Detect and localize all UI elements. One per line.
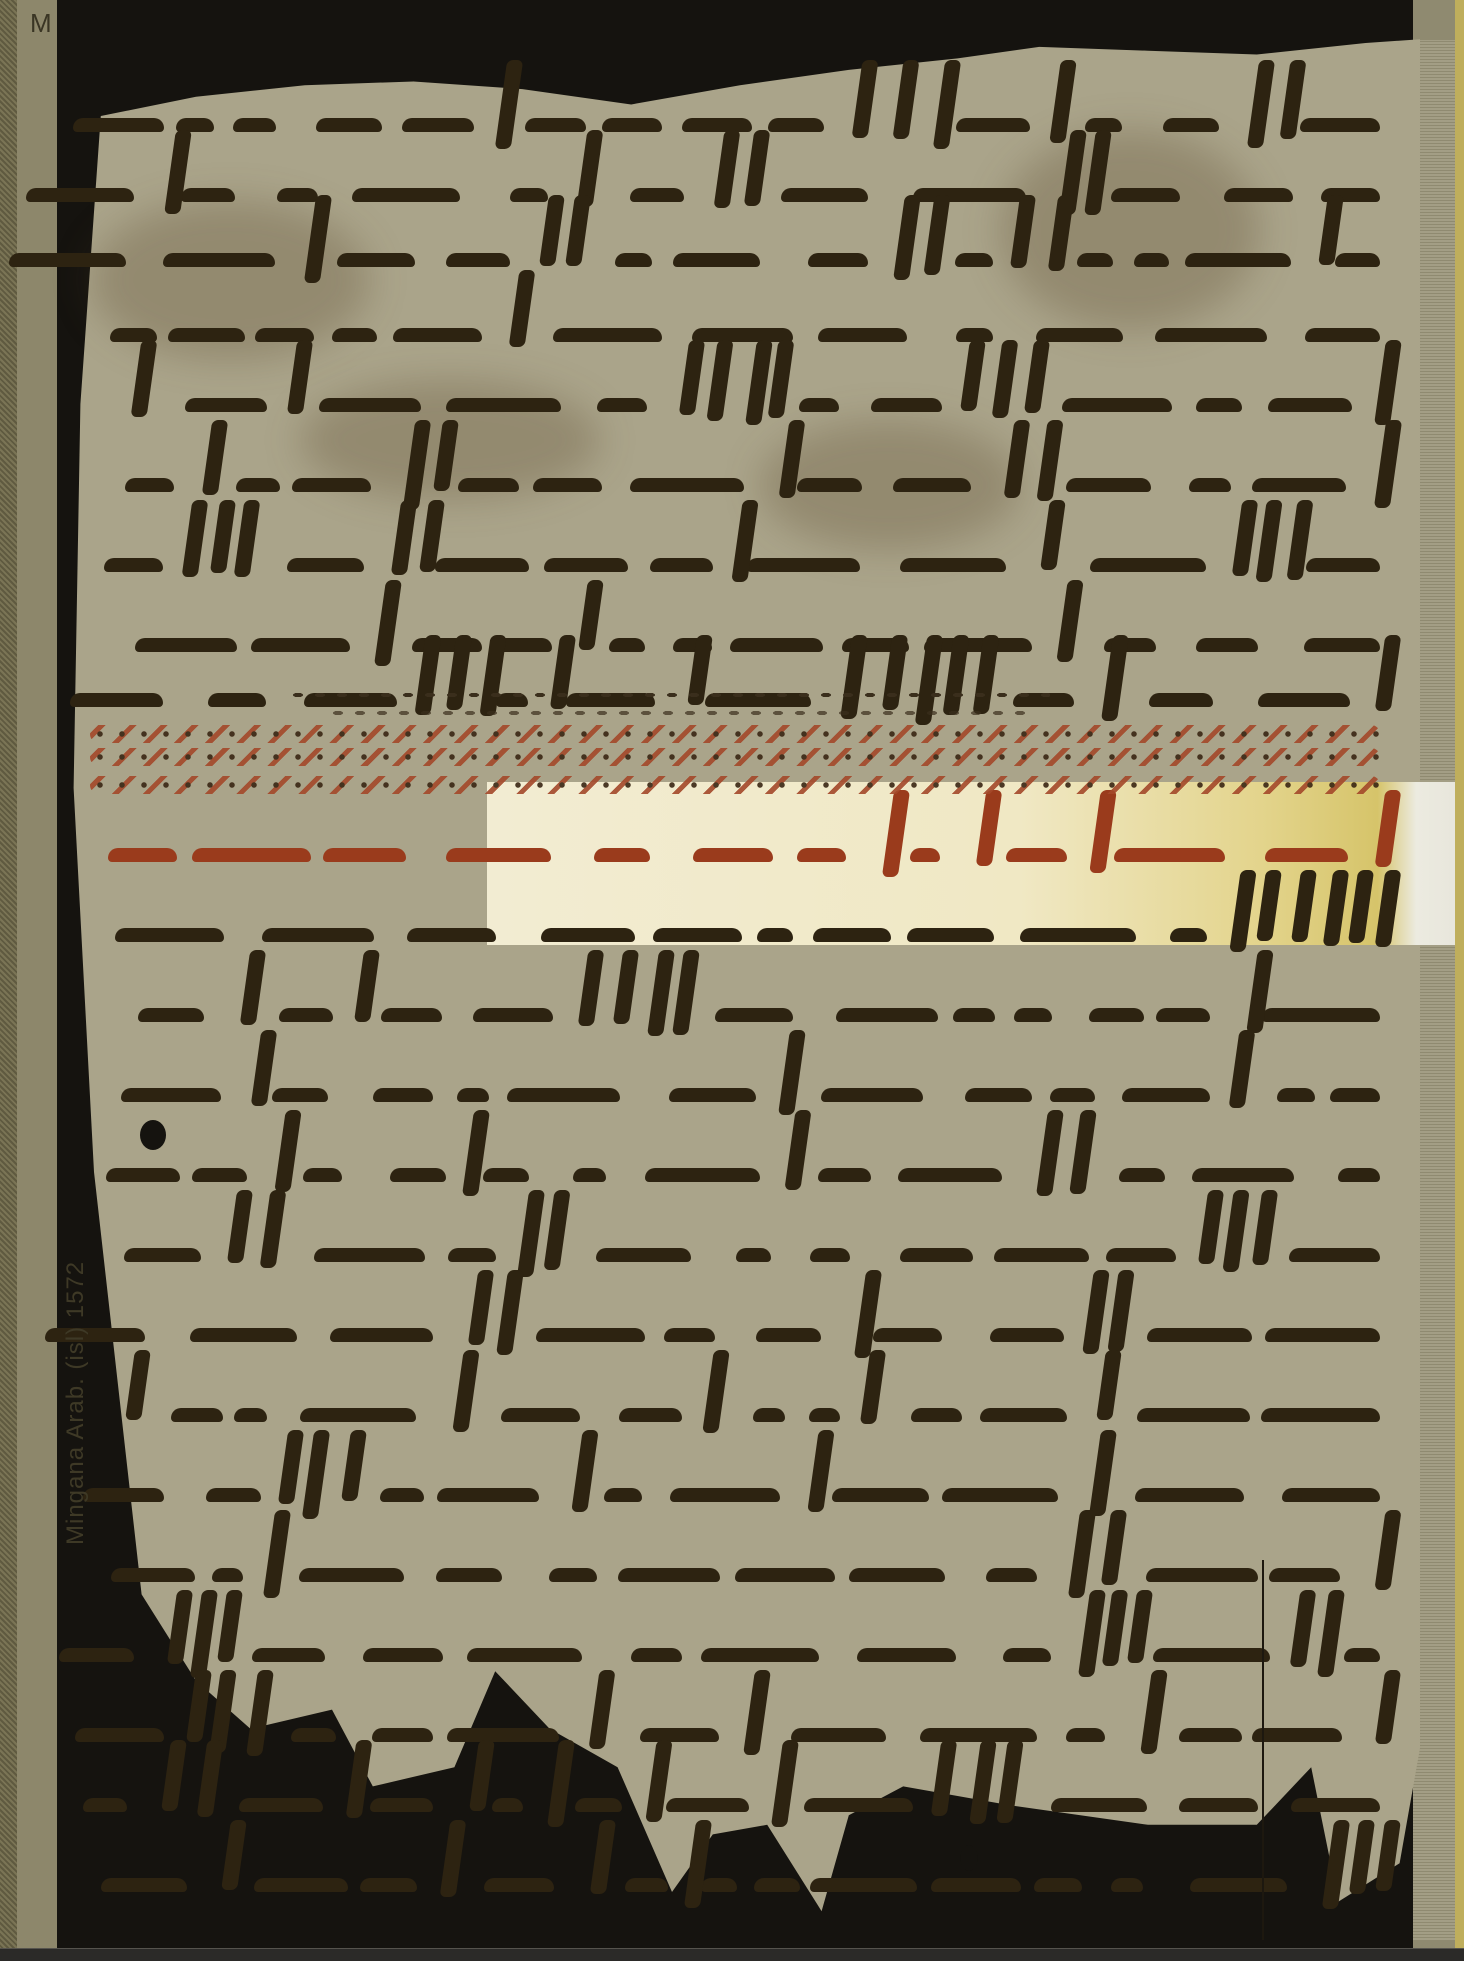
ink-stroke	[797, 478, 862, 492]
ink-stroke	[303, 1168, 342, 1182]
ink-stroke	[670, 1488, 780, 1502]
ink-stroke	[314, 1248, 425, 1262]
ink-stroke	[171, 1408, 223, 1422]
ink-stroke	[510, 188, 548, 202]
parchment-crack	[1262, 1560, 1264, 1940]
ink-stroke	[212, 1568, 243, 1582]
ink-stroke	[1135, 1488, 1244, 1502]
ink-stroke	[645, 1168, 760, 1182]
ink-stroke	[1189, 478, 1231, 492]
ink-stroke	[360, 1878, 416, 1892]
ink-stroke	[262, 928, 374, 942]
ink-stroke	[83, 1798, 127, 1812]
ink-stroke	[111, 1568, 195, 1582]
ink-stroke	[1300, 118, 1380, 132]
ink-stroke	[953, 1008, 995, 1022]
ink-stroke	[1089, 1008, 1144, 1022]
ink-stroke	[913, 188, 1026, 202]
ink-stroke	[104, 558, 162, 572]
ink-stroke	[836, 1008, 939, 1022]
ink-stroke	[1305, 328, 1380, 342]
ink-stroke	[597, 398, 648, 412]
decorative-wavy-line	[90, 725, 1380, 743]
ink-stroke	[832, 1488, 929, 1502]
ink-stroke	[467, 1648, 582, 1662]
ink-stroke	[1014, 1008, 1053, 1022]
ink-stroke	[1291, 1798, 1380, 1812]
ink-stroke	[791, 1728, 886, 1742]
ink-stroke	[1258, 693, 1350, 707]
ink-stroke	[650, 558, 713, 572]
ink-stroke	[108, 848, 178, 862]
mount-edge	[1455, 0, 1464, 1961]
ink-stroke	[701, 1648, 818, 1662]
ink-stroke	[1122, 1088, 1210, 1102]
ink-stroke	[70, 693, 163, 707]
ink-stroke	[1155, 328, 1267, 342]
ink-stroke	[1338, 1168, 1380, 1182]
ink-stroke	[931, 1878, 1021, 1892]
ink-stroke	[544, 558, 628, 572]
ink-stroke	[125, 478, 174, 492]
ink-stroke	[753, 1408, 785, 1422]
ink-stroke	[135, 638, 237, 652]
ink-stroke	[1192, 1168, 1294, 1182]
ink-stroke	[533, 478, 603, 492]
ink-stroke	[251, 638, 350, 652]
ink-stroke	[1277, 1088, 1314, 1102]
ink-stroke	[252, 1648, 325, 1662]
ink-stroke	[1185, 253, 1291, 267]
ink-stroke	[1289, 1248, 1380, 1262]
ink-stroke	[615, 253, 652, 267]
ink-stroke	[818, 328, 907, 342]
ink-stroke	[1268, 398, 1352, 412]
ink-stroke	[1261, 1408, 1380, 1422]
ink-stroke	[206, 1488, 261, 1502]
ink-stroke	[332, 328, 377, 342]
ink-stroke	[575, 1798, 622, 1812]
ink-stroke	[446, 848, 551, 862]
ink-stroke	[594, 848, 651, 862]
ink-stroke	[1090, 558, 1206, 572]
ink-stroke	[45, 1328, 144, 1342]
ink-stroke	[630, 188, 684, 202]
ink-stroke	[319, 398, 421, 412]
ink-stroke	[1111, 188, 1181, 202]
ink-stroke	[1304, 638, 1380, 652]
ink-stroke	[808, 253, 868, 267]
ink-stroke	[1066, 1728, 1105, 1742]
ink-stroke	[1306, 558, 1380, 572]
ink-stroke	[682, 118, 752, 132]
ink-stroke	[910, 848, 940, 862]
ink-stroke	[73, 118, 164, 132]
ink-stroke	[323, 848, 407, 862]
ink-stroke	[75, 1728, 164, 1742]
ink-stroke	[810, 1878, 917, 1892]
ink-stroke	[181, 188, 235, 202]
ink-stroke	[1034, 1878, 1081, 1892]
bottom-bar	[0, 1948, 1464, 1961]
catalogue-label: Mingana Arab. (isl) 1572	[62, 1261, 90, 1545]
mount-cloth-strip	[0, 0, 17, 1961]
ink-stroke	[291, 1728, 337, 1742]
ink-stroke	[1265, 1328, 1380, 1342]
ink-stroke	[747, 558, 859, 572]
stain	[1000, 130, 1260, 330]
ink-stroke	[1265, 848, 1347, 862]
decorative-wavy-line	[90, 748, 1380, 766]
ink-stroke	[492, 1798, 523, 1812]
ink-stroke	[208, 693, 265, 707]
ink-stroke	[370, 1798, 433, 1812]
mount-right	[1413, 0, 1464, 1961]
ink-stroke	[1146, 1568, 1258, 1582]
ink-stroke	[1179, 1728, 1242, 1742]
ink-stroke	[446, 253, 510, 267]
ink-stroke	[1020, 928, 1136, 942]
ink-stroke	[239, 1798, 324, 1812]
ink-stroke	[549, 1568, 597, 1582]
ink-stroke	[473, 1008, 553, 1022]
ink-stroke	[1147, 1328, 1252, 1342]
ink-stroke	[363, 1648, 443, 1662]
ink-stroke	[1062, 398, 1172, 412]
ink-stroke	[372, 1728, 434, 1742]
ink-stroke	[604, 1488, 642, 1502]
ink-stroke	[1077, 253, 1113, 267]
ink-stroke	[115, 928, 224, 942]
ink-stroke	[898, 1168, 1002, 1182]
ink-stroke	[804, 1798, 913, 1812]
ink-stroke	[390, 1168, 446, 1182]
ink-stroke	[185, 398, 268, 412]
ink-stroke	[501, 1408, 579, 1422]
ink-stroke	[857, 1648, 956, 1662]
ink-stroke	[955, 253, 993, 267]
ink-stroke	[1156, 1008, 1210, 1022]
ink-stroke	[736, 1248, 771, 1262]
ink-stroke	[234, 1408, 267, 1422]
ink-stroke	[730, 638, 822, 652]
ink-stroke	[192, 1168, 247, 1182]
ink-stroke	[1114, 848, 1224, 862]
ink-stroke	[735, 1568, 835, 1582]
ink-stroke	[1163, 118, 1219, 132]
ink-stroke	[664, 1328, 715, 1342]
ink-stroke	[619, 1408, 682, 1422]
ink-stroke	[138, 1008, 204, 1022]
ink-stroke	[1196, 638, 1258, 652]
ink-stroke	[1196, 398, 1242, 412]
ink-stroke	[956, 118, 1030, 132]
ink-stroke	[236, 478, 280, 492]
ink-stroke	[818, 1168, 871, 1182]
ink-stroke	[980, 1408, 1067, 1422]
ink-stroke	[447, 1728, 560, 1742]
ink-stroke	[163, 253, 275, 267]
ink-stroke	[1106, 1248, 1176, 1262]
ink-stroke	[1066, 478, 1151, 492]
ink-stroke	[701, 1878, 737, 1892]
ink-stroke	[1224, 188, 1293, 202]
ink-stroke	[279, 1008, 333, 1022]
ink-stroke	[233, 118, 275, 132]
verse-marker-dots	[290, 690, 1050, 700]
ink-stroke	[446, 398, 561, 412]
ink-stroke	[458, 478, 519, 492]
ink-stroke	[9, 253, 126, 267]
ink-stroke	[124, 1248, 201, 1262]
ink-stroke	[106, 1168, 180, 1182]
ink-stroke	[871, 398, 942, 412]
ink-stroke	[536, 1328, 645, 1342]
ink-stroke	[254, 1878, 348, 1892]
ink-stroke	[873, 1328, 942, 1342]
ink-stroke	[352, 188, 461, 202]
ink-stroke	[1119, 1168, 1165, 1182]
ink-stroke	[337, 253, 415, 267]
ink-stroke	[1252, 1728, 1342, 1742]
ink-stroke	[1179, 1798, 1258, 1812]
ink-stroke	[754, 1878, 800, 1892]
parchment-hole	[140, 1120, 166, 1150]
ink-stroke	[1344, 1648, 1380, 1662]
ink-stroke	[630, 478, 743, 492]
ink-stroke	[1269, 1568, 1341, 1582]
ink-stroke	[407, 928, 496, 942]
ink-stroke	[757, 928, 793, 942]
ink-stroke	[507, 1088, 621, 1102]
ink-stroke	[640, 1728, 719, 1742]
ink-stroke	[1335, 253, 1380, 267]
ink-stroke	[59, 1648, 134, 1662]
ink-stroke	[168, 328, 244, 342]
ink-stroke	[1153, 1648, 1271, 1662]
ink-stroke	[316, 118, 382, 132]
ink-stroke	[631, 1648, 681, 1662]
ink-stroke	[797, 848, 846, 862]
ink-stroke	[625, 1878, 668, 1892]
ink-stroke	[618, 1568, 719, 1582]
ink-stroke	[277, 188, 318, 202]
ink-stroke	[381, 1008, 443, 1022]
parchment-hole	[960, 1845, 978, 1871]
ink-stroke	[272, 1088, 328, 1102]
ink-stroke	[553, 328, 662, 342]
ink-stroke	[380, 1488, 424, 1502]
ink-stroke	[300, 1408, 416, 1422]
ink-stroke	[799, 398, 838, 412]
ink-stroke	[602, 118, 662, 132]
ink-stroke	[330, 1328, 434, 1342]
verse-marker-dots	[330, 708, 1030, 718]
ink-stroke	[1330, 1088, 1380, 1102]
ink-stroke	[373, 1088, 434, 1102]
ink-stroke	[900, 1248, 973, 1262]
ink-stroke	[573, 1168, 606, 1182]
ink-stroke	[1262, 1008, 1380, 1022]
ink-stroke	[1170, 928, 1207, 942]
ink-stroke	[525, 118, 587, 132]
ink-stroke	[287, 558, 365, 572]
ink-stroke	[448, 1248, 496, 1262]
ink-stroke	[1190, 1878, 1287, 1892]
ink-stroke	[986, 1568, 1037, 1582]
ink-stroke	[994, 1248, 1089, 1262]
ink-stroke	[715, 1008, 793, 1022]
ink-stroke	[990, 1328, 1064, 1342]
ink-stroke	[821, 1088, 923, 1102]
ink-stroke	[1252, 478, 1346, 492]
ink-stroke	[653, 928, 742, 942]
ink-stroke	[756, 1328, 820, 1342]
ink-stroke	[436, 1568, 502, 1582]
ink-stroke	[437, 1488, 539, 1502]
ink-stroke	[1003, 1648, 1051, 1662]
ink-stroke	[1036, 328, 1123, 342]
ink-stroke	[768, 118, 823, 132]
ink-stroke	[692, 328, 792, 342]
ink-stroke	[693, 848, 773, 862]
ink-stroke	[911, 1408, 962, 1422]
ink-stroke	[1111, 1878, 1143, 1892]
ink-stroke	[26, 188, 134, 202]
ink-stroke	[1137, 1408, 1251, 1422]
ink-stroke	[673, 253, 761, 267]
ink-stroke	[781, 188, 869, 202]
ink-stroke	[393, 328, 482, 342]
ink-stroke	[1050, 1088, 1095, 1102]
ink-stroke	[609, 638, 645, 652]
ink-stroke	[813, 928, 891, 942]
ink-stroke	[121, 1088, 220, 1102]
ink-stroke	[596, 1248, 691, 1262]
ink-stroke	[810, 1248, 851, 1262]
ink-stroke	[457, 1088, 489, 1102]
ink-stroke	[192, 848, 311, 862]
ink-stroke	[435, 558, 529, 572]
ink-stroke	[1006, 848, 1067, 862]
ink-stroke	[483, 1168, 529, 1182]
ink-stroke	[900, 558, 1006, 572]
ink-stroke	[809, 1408, 840, 1422]
ink-stroke	[666, 1798, 749, 1812]
ink-stroke	[190, 1328, 297, 1342]
ink-stroke	[942, 1488, 1058, 1502]
ink-stroke	[83, 1488, 163, 1502]
ink-stroke	[907, 928, 994, 942]
ink-stroke	[299, 1568, 404, 1582]
ink-stroke	[101, 1878, 188, 1892]
decorative-wavy-line	[90, 776, 1380, 794]
ink-stroke	[402, 118, 474, 132]
ink-stroke	[292, 478, 371, 492]
ink-stroke	[1051, 1798, 1147, 1812]
ink-stroke	[1149, 693, 1214, 707]
ink-stroke	[1134, 253, 1169, 267]
ink-stroke	[669, 1088, 756, 1102]
ink-stroke	[893, 478, 970, 492]
ink-stroke	[1282, 1488, 1380, 1502]
ink-stroke	[541, 928, 635, 942]
ink-stroke	[484, 1878, 554, 1892]
ink-stroke	[849, 1568, 945, 1582]
ink-stroke	[965, 1088, 1032, 1102]
